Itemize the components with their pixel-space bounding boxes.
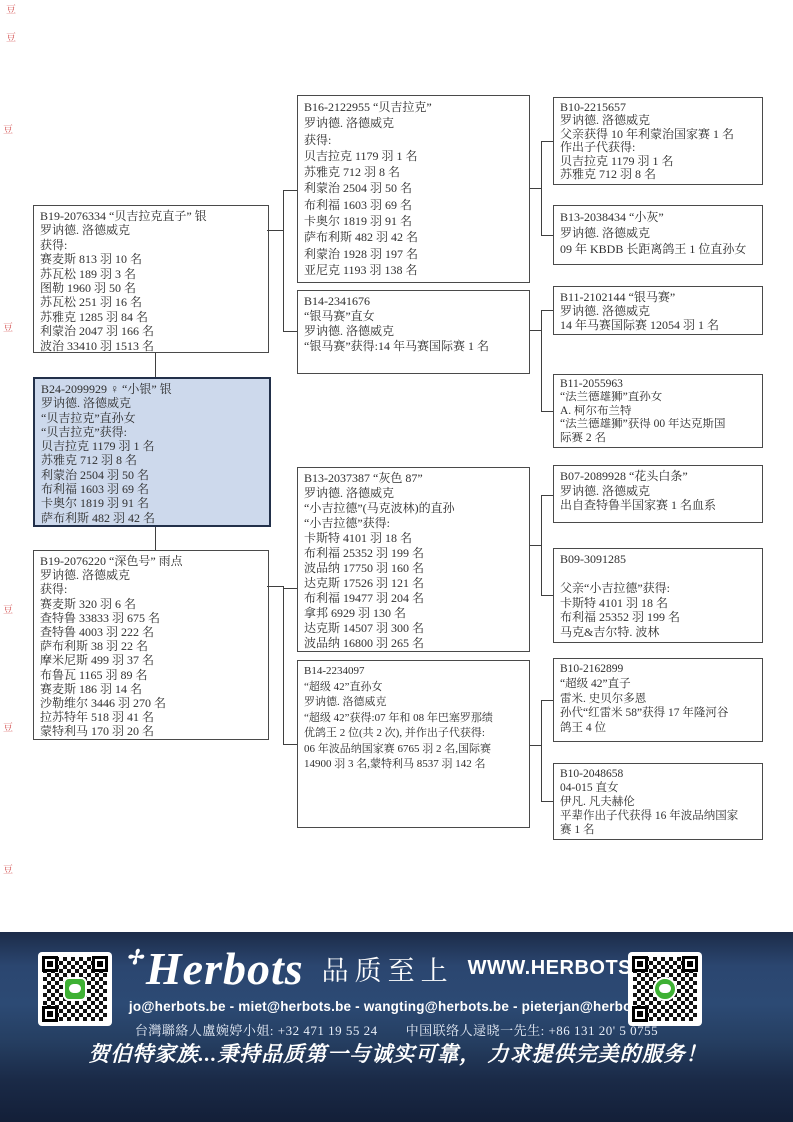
connector-line	[155, 527, 156, 550]
wechat-app-icon	[653, 977, 677, 1001]
pedigree-text-line: 达克斯 17526 羽 121 名	[304, 576, 523, 591]
pedigree-text-line: “银马赛”获得:14 年马赛国际赛 1 名	[304, 339, 523, 354]
pedigree-text-line: 波品纳 16800 羽 265 名	[304, 636, 523, 651]
pedigree-box-ggparent-5: B07-2089928 “花头白条”罗讷德. 洛德威克出自查特鲁半国家赛 1 名…	[553, 465, 763, 523]
pedigree-text-line: 罗讷德. 洛德威克	[560, 304, 756, 318]
contact-taiwan: 台灣聯絡人盧婉婷小姐: +32 471 19 55 24	[135, 1023, 378, 1038]
pedigree-text-line: 04-015 直女	[560, 781, 756, 795]
pedigree-text-line: “法兰德雄狮”获得 00 年达克斯国	[560, 418, 756, 431]
connector-line	[541, 700, 542, 801]
connector-line	[541, 801, 553, 802]
watermark-glyph: 豆	[3, 866, 13, 876]
pedigree-text-line: 苏雅克 1285 羽 84 名	[40, 310, 262, 324]
pedigree-text-line: 罗讷德. 洛德威克	[304, 695, 523, 711]
pedigree-text-line	[560, 567, 756, 582]
connector-line	[541, 141, 542, 235]
pedigree-text-line: 摩米尼斯 499 羽 37 名	[40, 653, 262, 667]
watermark-glyph: 豆	[6, 34, 16, 44]
pedigree-text-line: 罗讷德. 洛德威克	[304, 115, 523, 131]
pedigree-text-line: 06 年波品纳国家赛 6765 羽 2 名,国际赛	[304, 742, 523, 758]
pedigree-text-line: 布鲁瓦 1165 羽 89 名	[40, 668, 262, 682]
footer-slogan: 贺伯特家族...秉持品质第一与诚实可靠， 力求提供完美的服务！	[63, 1038, 733, 1068]
pedigree-text-line: 鸽王 4 位	[560, 721, 756, 736]
connector-line	[530, 188, 541, 189]
connector-line	[283, 190, 297, 191]
qr-finder-icon	[682, 956, 698, 972]
watermark-glyph: 豆	[3, 126, 13, 136]
pedigree-text-line: B14-2341676	[304, 294, 523, 309]
connector-line	[530, 745, 541, 746]
pedigree-text-line: B13-2038434 “小灰”	[560, 209, 756, 225]
pedigree-text-line: 贝吉拉克 1179 羽 1 名	[560, 155, 756, 168]
connector-line	[541, 595, 553, 596]
pedigree-text-line: 布利福 1603 羽 69 名	[41, 482, 263, 496]
footer: Herbots 品质至上 WWW.HERBOTS.BE jo@herbots.b…	[0, 932, 793, 1122]
pedigree-box-granddam-2: B14-2234097“超级 42”直孙女罗讷德. 洛德威克“超级 42”获得:…	[297, 660, 530, 828]
pedigree-box-ggparent-6: B09-3091285 父亲“小吉拉德”获得:卡斯特 4101 羽 18 名布利…	[553, 548, 763, 643]
pedigree-text-line: 布利福 19477 羽 204 名	[304, 591, 523, 606]
connector-line	[267, 586, 283, 587]
pedigree-text-line: 作出子代获得:	[560, 141, 756, 154]
connector-line	[267, 230, 283, 231]
pedigree-text-line: “超级 42”获得:07 年和 08 年巴塞罗那绩	[304, 711, 523, 727]
pedigree-text-line: 波治 33410 羽 1513 名	[40, 339, 262, 353]
pedigree-text-line: 赛麦斯 186 羽 14 名	[40, 682, 262, 696]
qr-finder-icon	[42, 956, 58, 972]
pedigree-text-line: 罗讷德. 洛德威克	[41, 396, 263, 410]
pedigree-box-grandsire-1: B16-2122955 “贝吉拉克”罗讷德. 洛德威克获得:贝吉拉克 1179 …	[297, 95, 530, 283]
pedigree-text-line: B10-2215657	[560, 101, 756, 114]
pedigree-text-line: 达克斯 14507 羽 300 名	[304, 621, 523, 636]
connector-line	[283, 331, 297, 332]
pedigree-text-line: 父亲获得 10 年利蒙治国家赛 1 名	[560, 128, 756, 141]
pedigree-text-line: B14-2234097	[304, 664, 523, 680]
pedigree-box-ggparent-3: B11-2102144 “银马赛”罗讷德. 洛德威克14 年马赛国际赛 1205…	[553, 286, 763, 335]
connector-line	[541, 411, 553, 412]
pedigree-text-line: 萨布利斯 38 羽 22 名	[40, 639, 262, 653]
pedigree-text-line: 罗讷德. 洛德威克	[40, 223, 262, 237]
pedigree-text-line: 卡奥尔 1819 羽 91 名	[304, 213, 523, 229]
pedigree-text-line: 萨布利斯 482 羽 42 名	[41, 511, 263, 525]
pedigree-text-line: B10-2162899	[560, 662, 756, 677]
pedigree-text-line: 图勒 1960 羽 50 名	[40, 281, 262, 295]
footer-branding: Herbots 品质至上 WWW.HERBOTS.BE jo@herbots.b…	[118, 942, 675, 1039]
pedigree-text-line: 赛麦斯 813 羽 10 名	[40, 252, 262, 266]
pedigree-text-line: 布利福 25352 羽 199 名	[304, 546, 523, 561]
pedigree-text-line: 获得:	[40, 238, 262, 252]
pedigree-text-line: 蒙特利马 170 羽 20 名	[40, 724, 262, 738]
connector-line	[283, 190, 284, 331]
pedigree-text-line: B10-2048658	[560, 767, 756, 781]
pedigree-box-ggparent-7: B10-2162899“超级 42”直子雷米. 史贝尔多恩孙代“红雷米 58”获…	[553, 658, 763, 742]
pedigree-text-line: A. 柯尔布兰特	[560, 405, 756, 418]
pedigree-text-line: B13-2037387 “灰色 87”	[304, 471, 523, 486]
connector-line	[155, 353, 156, 377]
pedigree-text-line: 罗讷德. 洛德威克	[304, 486, 523, 501]
pedigree-page: B19-2076334 “贝吉拉克直子” 银罗讷德. 洛德威克获得:赛麦斯 81…	[0, 0, 793, 1122]
pedigree-text-line: 亚尼克 1193 羽 138 名	[304, 262, 523, 278]
pedigree-text-line: 利蒙治 2504 羽 50 名	[41, 468, 263, 482]
pedigree-text-line: 利蒙治 2504 羽 50 名	[304, 180, 523, 196]
pedigree-text-line: “超级 42”直子	[560, 677, 756, 692]
pedigree-text-line: B19-2076334 “贝吉拉克直子” 银	[40, 209, 262, 223]
pedigree-text-line: 卡斯特 4101 羽 18 名	[304, 531, 523, 546]
pedigree-box-ggparent-2: B13-2038434 “小灰”罗讷德. 洛德威克09 年 KBDB 长距离鸽王…	[553, 205, 763, 265]
pedigree-text-line: 利蒙治 2047 羽 166 名	[40, 324, 262, 338]
pedigree-text-line: 获得:	[304, 132, 523, 148]
pedigree-box-grandsire-2: B13-2037387 “灰色 87”罗讷德. 洛德威克“小吉拉德”(马克波林)…	[297, 467, 530, 652]
pedigree-text-line: 沙勒维尔 3446 羽 270 名	[40, 696, 262, 710]
connector-line	[283, 586, 284, 744]
pedigree-text-line: B11-2055963	[560, 378, 756, 391]
pedigree-text-line: B09-3091285	[560, 552, 756, 567]
connector-line	[541, 310, 553, 311]
pedigree-box-dam: B19-2076220 “深色号” 雨点罗讷德. 洛德威克获得:赛麦斯 320 …	[33, 550, 269, 740]
pedigree-box-ggparent-4: B11-2055963“法兰德雄狮”直孙女A. 柯尔布兰特“法兰德雄狮”获得 0…	[553, 374, 763, 448]
pedigree-text-line: 父亲“小吉拉德”获得:	[560, 581, 756, 596]
pedigree-text-line: 利蒙治 1928 羽 197 名	[304, 246, 523, 262]
pedigree-text-line: 贝吉拉克 1179 羽 1 名	[41, 439, 263, 453]
pedigree-text-line: “贝吉拉克”获得:	[41, 425, 263, 439]
pedigree-text-line: 查特鲁 4003 羽 222 名	[40, 625, 262, 639]
watermark-glyph: 豆	[3, 606, 13, 616]
pedigree-text-line: 苏瓦松 189 羽 3 名	[40, 267, 262, 281]
pedigree-text-line: B24-2099929 ♀ “小银” 银	[41, 382, 263, 396]
pedigree-box-subject: B24-2099929 ♀ “小银” 银罗讷德. 洛德威克“贝吉拉克”直孙女“贝…	[33, 377, 271, 527]
pedigree-text-line: 赛麦斯 320 羽 6 名	[40, 597, 262, 611]
pedigree-text-line: 罗讷德. 洛德威克	[40, 568, 262, 582]
pedigree-text-line: “小吉拉德”获得:	[304, 516, 523, 531]
connector-line	[541, 495, 553, 496]
pedigree-text-line: 罗讷德. 洛德威克	[560, 225, 756, 241]
contact-china: 中国联络人逯晓一先生: +86 131 20' 5 0755	[406, 1023, 659, 1038]
qr-finder-icon	[92, 956, 108, 972]
pedigree-text-line: 苏雅克 712 羽 8 名	[41, 453, 263, 467]
connector-line	[541, 141, 553, 142]
connector-line	[541, 495, 542, 595]
pedigree-text-line: 罗讷德. 洛德威克	[304, 324, 523, 339]
pedigree-text-line: 苏雅克 712 羽 8 名	[560, 168, 756, 181]
pedigree-text-line: 布利福 1603 羽 69 名	[304, 197, 523, 213]
pedigree-text-line: 卡奥尔 1819 羽 91 名	[41, 496, 263, 510]
pedigree-text-line: 萨布利斯 482 羽 42 名	[304, 229, 523, 245]
qr-code-right	[628, 952, 702, 1026]
connector-line	[283, 588, 297, 589]
pedigree-text-line: 获得:	[40, 582, 262, 596]
pedigree-text-line: 布利福 25352 羽 199 名	[560, 610, 756, 625]
pedigree-text-line: “法兰德雄狮”直孙女	[560, 391, 756, 404]
connector-line	[283, 744, 297, 745]
line-app-icon	[63, 977, 87, 1001]
pedigree-text-line: 优鸽王 2 位(共 2 次), 并作出子代获得:	[304, 726, 523, 742]
pedigree-text-line: 马克&吉尔特. 波林	[560, 625, 756, 640]
watermark-glyph: 豆	[3, 324, 13, 334]
contact-line: 台灣聯絡人盧婉婷小姐: +32 471 19 55 24中国联络人逯晓一先生: …	[118, 1020, 675, 1039]
pedigree-text-line: “银马赛”直女	[304, 309, 523, 324]
email-links[interactable]: jo@herbots.be - miet@herbots.be - wangti…	[118, 999, 675, 1014]
pedigree-text-line: 09 年 KBDB 长距离鸽王 1 位直孙女	[560, 241, 756, 257]
pedigree-box-ggparent-1: B10-2215657罗讷德. 洛德威克父亲获得 10 年利蒙治国家赛 1 名作…	[553, 97, 763, 185]
pedigree-text-line: 14900 羽 3 名,蒙特利马 8537 羽 142 名	[304, 757, 523, 773]
pedigree-text-line: 查特鲁 33833 羽 675 名	[40, 611, 262, 625]
pedigree-text-line: 苏瓦松 251 羽 16 名	[40, 295, 262, 309]
pedigree-box-sire: B19-2076334 “贝吉拉克直子” 银罗讷德. 洛德威克获得:赛麦斯 81…	[33, 205, 269, 353]
pedigree-text-line: 贝吉拉克 1179 羽 1 名	[304, 148, 523, 164]
qr-finder-icon	[632, 956, 648, 972]
pedigree-text-line: 际赛 2 名	[560, 432, 756, 445]
connector-line	[541, 235, 553, 236]
pedigree-box-ggparent-8: B10-204865804-015 直女伊凡. 凡夫赫伦平辈作出子代获得 16 …	[553, 763, 763, 840]
pedigree-text-line: 罗讷德. 洛德威克	[560, 484, 756, 499]
pedigree-text-line: B07-2089928 “花头白条”	[560, 469, 756, 484]
pedigree-box-granddam-1: B14-2341676“银马赛”直女罗讷德. 洛德威克“银马赛”获得:14 年马…	[297, 290, 530, 374]
qr-finder-icon	[632, 1006, 648, 1022]
pedigree-text-line: 卡斯特 4101 羽 18 名	[560, 596, 756, 611]
pedigree-text-line: 拿邦 6929 羽 130 名	[304, 606, 523, 621]
qr-code-left	[38, 952, 112, 1026]
connector-line	[541, 700, 553, 701]
pedigree-text-line: 平辈作出子代获得 16 年波品纳国家	[560, 809, 756, 823]
pedigree-text-line: 雷米. 史贝尔多恩	[560, 692, 756, 707]
pedigree-text-line: 伊凡. 凡夫赫伦	[560, 795, 756, 809]
tagline-cn: 品质至上	[322, 956, 454, 986]
pedigree-text-line: 出自查特鲁半国家赛 1 名血系	[560, 498, 756, 513]
pedigree-text-line: 孙代“红雷米 58”获得 17 年隆河谷	[560, 706, 756, 721]
pedigree-text-line: 赛 1 名	[560, 823, 756, 837]
pedigree-text-line: “超级 42”直孙女	[304, 680, 523, 696]
pedigree-text-line: B16-2122955 “贝吉拉克”	[304, 99, 523, 115]
watermark-glyph: 豆	[6, 6, 16, 16]
pedigree-text-line: B11-2102144 “银马赛”	[560, 290, 756, 304]
brand-row: Herbots 品质至上 WWW.HERBOTS.BE	[118, 942, 675, 995]
pedigree-text-line: B19-2076220 “深色号” 雨点	[40, 554, 262, 568]
connector-line	[530, 545, 541, 546]
pedigree-text-line: 拉苏特年 518 羽 41 名	[40, 710, 262, 724]
connector-line	[530, 330, 541, 331]
watermark-glyph: 豆	[3, 724, 13, 734]
herbots-logo: Herbots	[126, 943, 304, 994]
pedigree-text-line: “贝吉拉克”直孙女	[41, 411, 263, 425]
pedigree-text-line: 14 年马赛国际赛 12054 羽 1 名	[560, 318, 756, 332]
qr-finder-icon	[42, 1006, 58, 1022]
pedigree-text-line: “小吉拉德”(马克波林)的直孙	[304, 501, 523, 516]
pedigree-text-line: 罗讷德. 洛德威克	[560, 114, 756, 127]
pedigree-text-line: 苏雅克 712 羽 8 名	[304, 164, 523, 180]
pedigree-text-line: 波品纳 17750 羽 160 名	[304, 561, 523, 576]
connector-line	[541, 310, 542, 411]
